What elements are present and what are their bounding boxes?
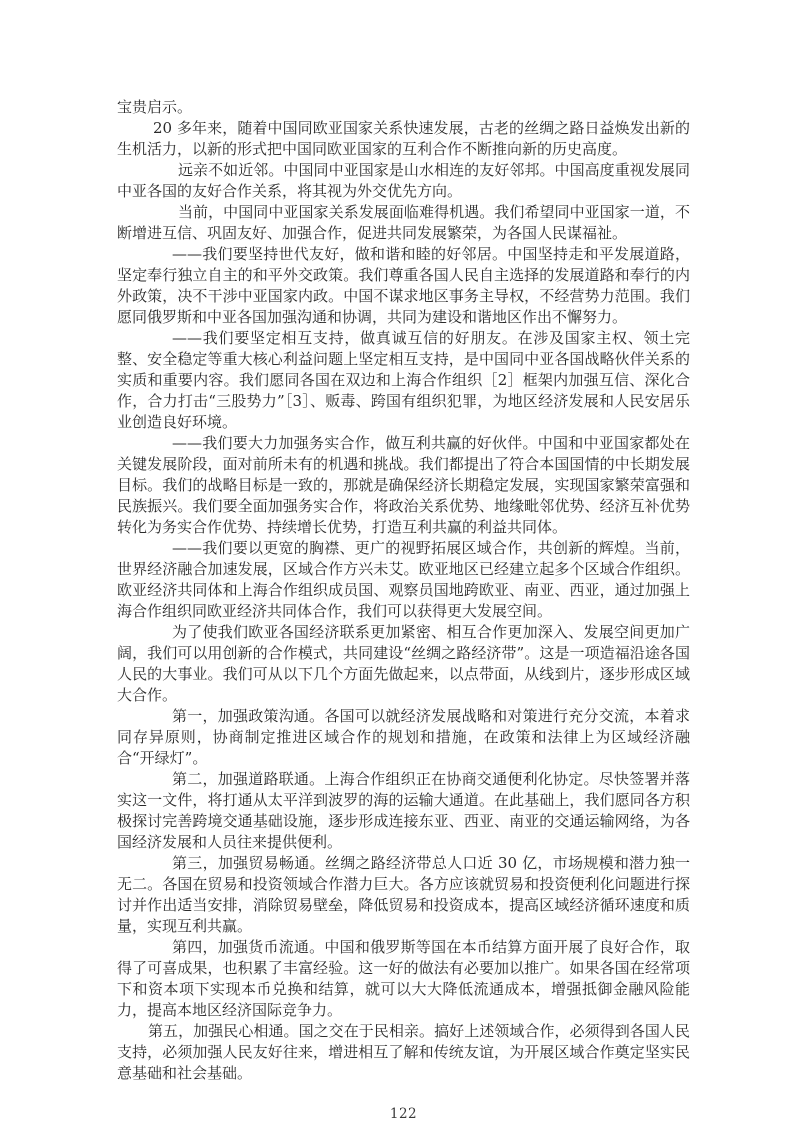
paragraph: ——我们要大力加强务实合作，做互利共赢的好伙伴。中国和中亚国家都处在关键发展阶段… [117, 433, 690, 538]
paragraph: 第五，加强民心相通。国之交在于民相亲。搞好上述领域合作，必须得到各国人民支持，必… [117, 1021, 690, 1084]
paragraph: 第三，加强贸易畅通。丝绸之路经济带总人口近 30 亿，市场规模和潜力独一无二。各… [117, 853, 690, 937]
paragraph: 宝贵启示。 [117, 97, 690, 118]
paragraph: 第一，加强政策沟通。各国可以就经济发展战略和对策进行充分交流，本着求同存异原则，… [117, 706, 690, 769]
page-number: 122 [117, 1104, 690, 1125]
paragraph-container: 宝贵启示。20 多年来，随着中国同欧亚国家关系快速发展，古老的丝绸之路日益焕发出… [117, 97, 690, 1084]
paragraph: 当前，中国同中亚国家关系发展面临难得机遇。我们希望同中亚国家一道，不断增进互信、… [117, 202, 690, 244]
paragraph: ——我们要以更宽的胸襟、更广的视野拓展区域合作，共创新的辉煌。当前，世界经济融合… [117, 538, 690, 622]
paragraph: 第四，加强货币流通。中国和俄罗斯等国在本币结算方面开展了良好合作，取得了可喜成果… [117, 937, 690, 1021]
body-text: 宝贵启示。20 多年来，随着中国同欧亚国家关系快速发展，古老的丝绸之路日益焕发出… [117, 97, 690, 1125]
document-page: 宝贵启示。20 多年来，随着中国同欧亚国家关系快速发展，古老的丝绸之路日益焕发出… [0, 0, 800, 1131]
paragraph: ——我们要坚定相互支持，做真诚互信的好朋友。在涉及国家主权、领土完整、安全稳定等… [117, 328, 690, 433]
paragraph: ——我们要坚持世代友好，做和谐和睦的好邻居。中国坚持走和平发展道路，坚定奉行独立… [117, 244, 690, 328]
paragraph: 20 多年来，随着中国同欧亚国家关系快速发展，古老的丝绸之路日益焕发出新的生机活… [117, 118, 690, 160]
paragraph: 第二，加强道路联通。上海合作组织正在协商交通便利化协定。尽快签署并落实这一文件，… [117, 769, 690, 853]
paragraph: 为了使我们欧亚各国经济联系更加紧密、相互合作更加深入、发展空间更加广阔，我们可以… [117, 622, 690, 706]
paragraph: 远亲不如近邻。中国同中亚国家是山水相连的友好邻邦。中国高度重视发展同中亚各国的友… [117, 160, 690, 202]
